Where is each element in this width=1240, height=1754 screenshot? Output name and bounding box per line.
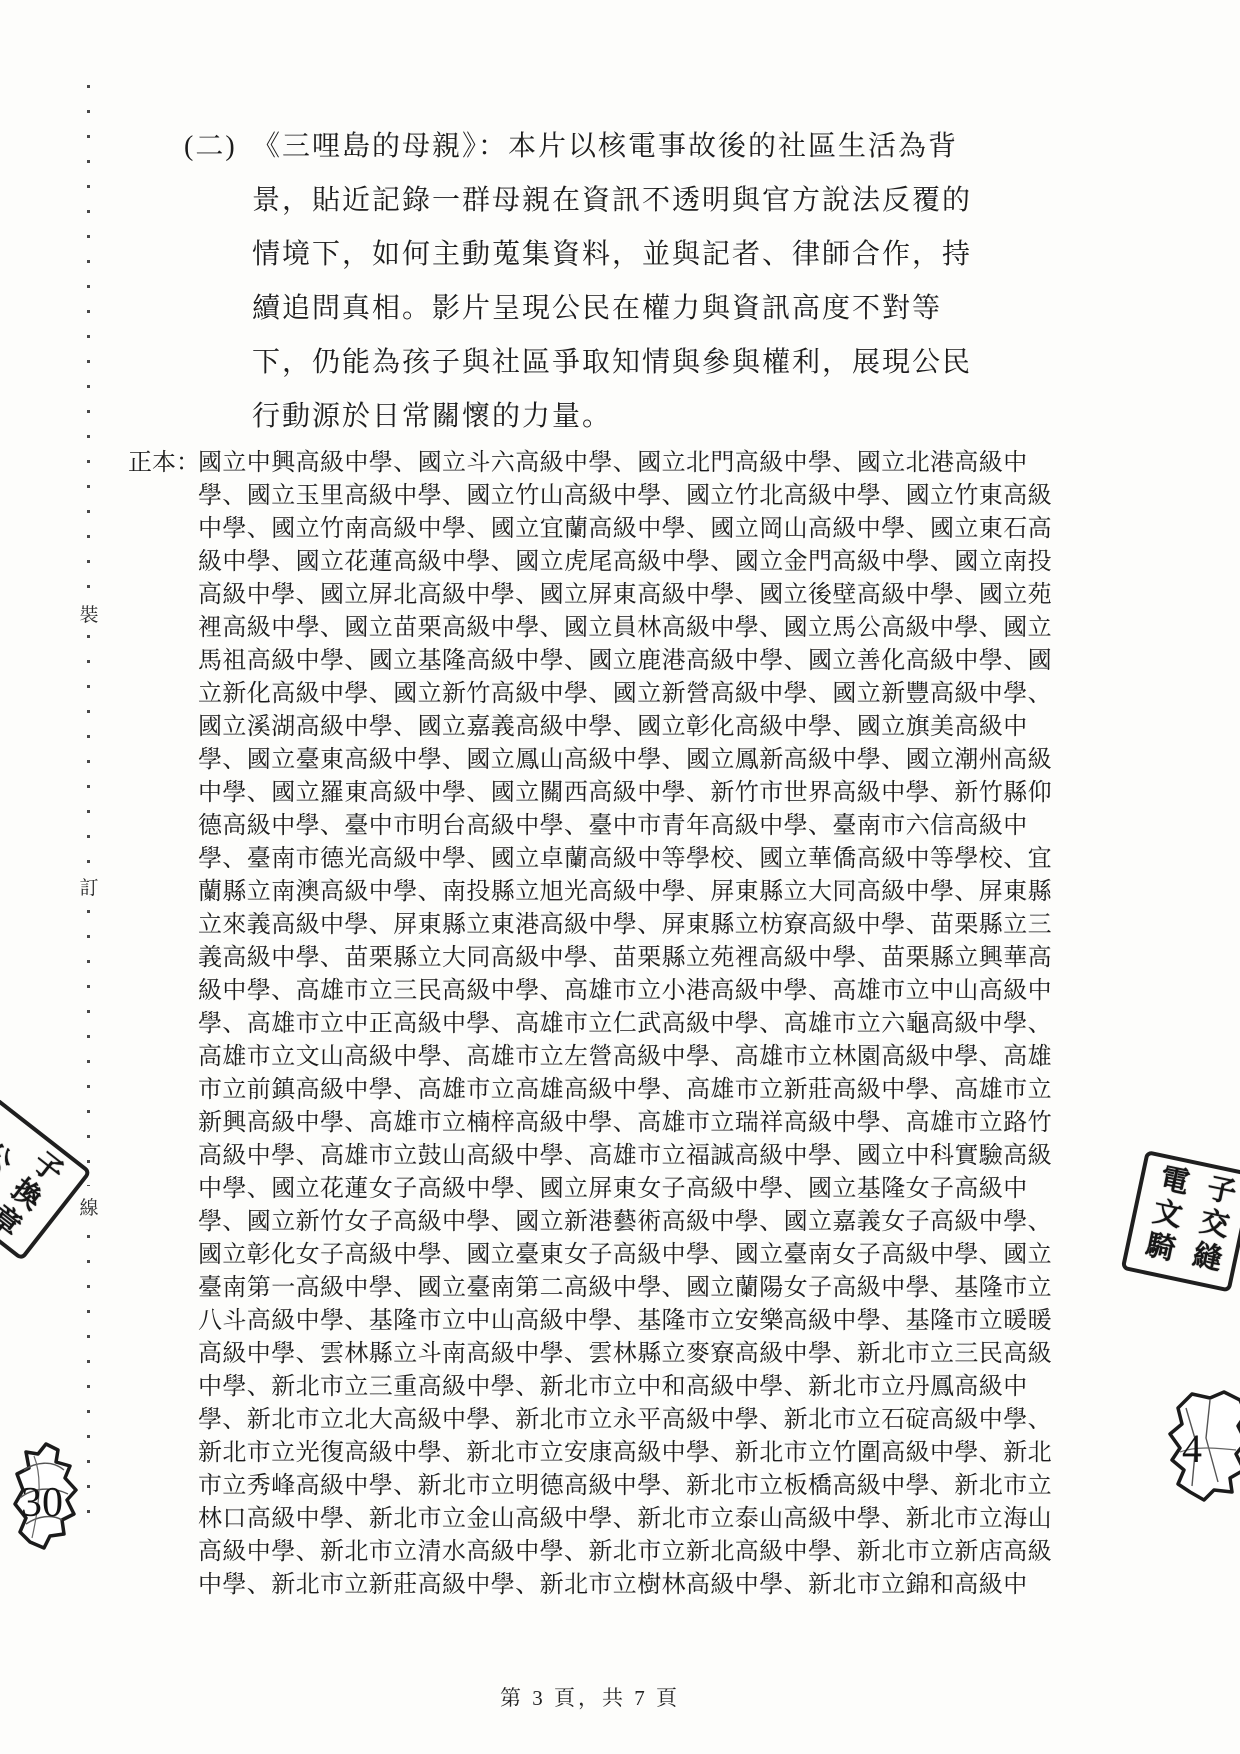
right-exchange-seal-stamp: 電文騎 子交縫	[1121, 1150, 1240, 1293]
footer-page-indicator: 第 3 頁，共 7 頁	[0, 1682, 1180, 1712]
binding-mark-ding: 訂	[77, 866, 101, 907]
film-paragraph-item-number: (二)	[184, 120, 237, 174]
binding-mark-zhuang: 裝	[77, 593, 101, 634]
recipients-label: 正本：	[128, 447, 200, 480]
page-number-30: 30	[21, 1480, 63, 1526]
left-corner-crumple: 30	[12, 1440, 82, 1556]
left-exchange-seal-stamp: 公 子換章	[0, 1097, 92, 1262]
binding-mark-xian: 線	[77, 1186, 101, 1227]
film-paragraph-text: 《三哩島的母親》：本片以核電事故後的社區生活為背 景，貼近記錄一群母親在資訊不透…	[252, 120, 992, 444]
document-page: 裝 訂 線 (二) 《三哩島的母親》：本片以核電事故後的社區生活為背 景，貼近記…	[0, 0, 1240, 1754]
binding-dotted-line	[87, 85, 90, 1530]
page-number-4: 4	[1182, 1426, 1202, 1471]
recipients-list: 國立中興高級中學、國立斗六高級中學、國立北門高級中學、國立北港高級中 學、國立玉…	[198, 447, 1113, 1602]
right-corner-crumple: 4	[1152, 1388, 1240, 1502]
